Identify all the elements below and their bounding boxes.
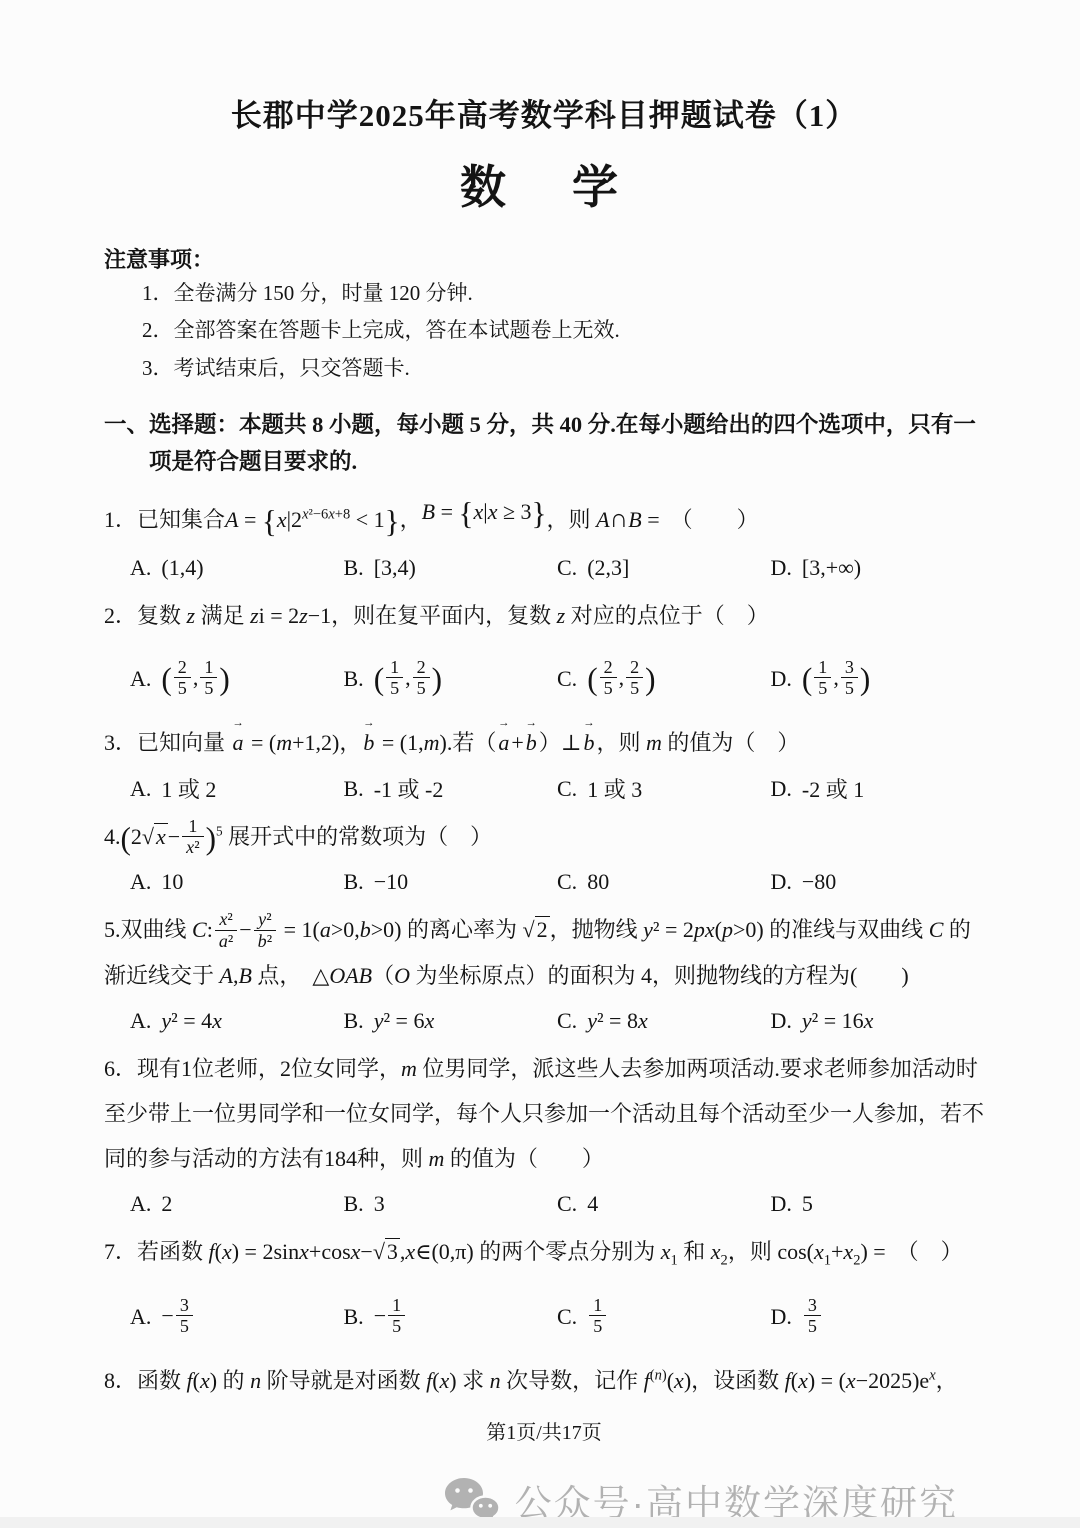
question-5-option-b: B.y² = 6x	[344, 1008, 558, 1034]
notice-item-2: 2．全部答案在答题卡上完成，答在本试题卷上无效.	[142, 315, 984, 345]
option-content: y² = 8x	[587, 1008, 648, 1034]
watermark: 公众号·高中数学深度研究	[104, 1445, 984, 1527]
option-label: B.	[344, 776, 364, 802]
option-content: 5	[802, 1191, 813, 1217]
question-2-options: A.(25,15) B.(15,25) C.(25,25) D.(15,35)	[104, 648, 984, 710]
option-label: B.	[344, 666, 364, 692]
option-label: D.	[771, 869, 792, 895]
section-heading: 一、选择题：本题共 8 小题，每小题 5 分，共 40 分.在每小题给出的四个选…	[104, 407, 984, 480]
notice-heading: 注意事项：	[104, 243, 984, 274]
option-label: A.	[130, 666, 151, 692]
option-content: 10	[161, 869, 183, 895]
option-label: C.	[557, 869, 577, 895]
question-2-option-c: C.(25,25)	[557, 659, 771, 700]
question-2-option-b: B.(15,25)	[344, 659, 558, 700]
question-4-stem: 4.(2√x−1x²)5 展开式中的常数项为（ ）	[104, 814, 984, 860]
question-1: 1．已知集合A = {x|2x²−6x+8 < 1}，B = {x|x ≥ 3}…	[104, 492, 984, 585]
option-content: (15,25)	[374, 659, 442, 700]
question-3-options: A.1 或 2 B.-1 或 -2 C.1 或 3 D.-2 或 1	[104, 772, 984, 806]
question-6-option-d: D.5	[771, 1191, 985, 1217]
option-content: [3,4)	[374, 555, 416, 581]
subject-title: 数 学	[104, 151, 984, 217]
question-6: 6．现有1位老师，2位女同学，m 位男同学，派这些人去参加两项活动.要求老师参加…	[104, 1046, 984, 1221]
option-content: 15	[587, 1297, 608, 1338]
option-content: (25,15)	[161, 659, 229, 700]
page-bottom-edge	[0, 1517, 1080, 1528]
question-7-stem: 7．若函数 f(x) = 2sinx+cosx−√3,x∈(0,π) 的两个零点…	[104, 1229, 984, 1276]
option-label: B.	[344, 1191, 364, 1217]
option-label: A.	[130, 1008, 151, 1034]
question-7-option-d: D.35	[771, 1297, 985, 1338]
option-content: (2,3]	[587, 555, 629, 581]
option-content: 1 或 3	[587, 773, 642, 804]
question-3-option-c: C.1 或 3	[557, 773, 771, 804]
option-content: −10	[374, 869, 408, 895]
question-6-option-a: A.2	[130, 1191, 344, 1217]
option-content: (1,4)	[161, 555, 203, 581]
question-8-stem: 8．函数 f(x) 的 n 阶导就是对函数 f(x) 求 n 次导数，记作 f(…	[104, 1358, 984, 1403]
notices-block: 注意事项： 1．全卷满分 150 分，时量 120 分钟. 2．全部答案在答题卡…	[104, 243, 984, 383]
option-label: C.	[557, 1304, 577, 1330]
option-content: 80	[587, 869, 609, 895]
question-5: 5.双曲线 C:x²a²−y²b² = 1(a>0,b>0) 的离心率为 √2，…	[104, 907, 984, 1038]
question-5-options: A.y² = 4x B.y² = 6x C.y² = 8x D.y² = 16x	[104, 1004, 984, 1038]
question-7-options: A.−35 B.−15 C.15 D.35	[104, 1286, 984, 1348]
option-label: B.	[344, 1008, 364, 1034]
option-content: y² = 6x	[374, 1008, 435, 1034]
question-7-option-a: A.−35	[130, 1297, 344, 1338]
option-content: [3,+∞)	[802, 555, 861, 581]
page-footer: 第1页/共17页	[104, 1416, 984, 1445]
question-1-option-d: D.[3,+∞)	[771, 555, 985, 581]
question-1-stem: 1．已知集合A = {x|2x²−6x+8 < 1}，B = {x|x ≥ 3}…	[104, 492, 984, 545]
question-6-option-c: C.4	[557, 1191, 771, 1217]
option-label: A.	[130, 869, 151, 895]
question-4-option-b: B.−10	[344, 869, 558, 895]
option-label: C.	[557, 1008, 577, 1034]
question-7-option-b: B.−15	[344, 1297, 558, 1338]
question-6-options: A.2 B.3 C.4 D.5	[104, 1187, 984, 1221]
question-4-option-a: A.10	[130, 869, 344, 895]
question-6-option-b: B.3	[344, 1191, 558, 1217]
question-5-option-c: C.y² = 8x	[557, 1008, 771, 1034]
option-content: (15,35)	[802, 659, 870, 700]
question-1-option-a: A.(1,4)	[130, 555, 344, 581]
notice-item-1: 1．全卷满分 150 分，时量 120 分钟.	[142, 278, 984, 308]
exam-page: 长郡中学2025年高考数学科目押题试卷（1） 数 学 注意事项： 1．全卷满分 …	[0, 0, 1080, 1528]
notice-item-3: 3．考试结束后，只交答题卡.	[142, 353, 984, 383]
question-5-option-a: A.y² = 4x	[130, 1008, 344, 1034]
question-7: 7．若函数 f(x) = 2sinx+cosx−√3,x∈(0,π) 的两个零点…	[104, 1229, 984, 1348]
option-content: y² = 4x	[161, 1008, 222, 1034]
question-5-option-d: D.y² = 16x	[771, 1008, 985, 1034]
question-2: 2．复数 z 满足 zi = 2z−1，则在复平面内，复数 z 对应的点位于（ …	[104, 593, 984, 710]
question-3-option-a: A.1 或 2	[130, 773, 344, 804]
option-content: 2	[161, 1191, 172, 1217]
option-content: y² = 16x	[802, 1008, 874, 1034]
option-label: A.	[130, 555, 151, 581]
option-label: C.	[557, 1191, 577, 1217]
option-content: 1 或 2	[161, 773, 216, 804]
option-content: −35	[161, 1297, 194, 1338]
question-2-stem: 2．复数 z 满足 zi = 2z−1，则在复平面内，复数 z 对应的点位于（ …	[104, 593, 984, 638]
question-1-options: A.(1,4) B.[3,4) C.(2,3] D.[3,+∞)	[104, 551, 984, 585]
option-label: D.	[771, 666, 792, 692]
option-label: C.	[557, 555, 577, 581]
question-3: 3．已知向量 a = (m+1,2)，b = (1,m).若（a+b）⊥b，则 …	[104, 720, 984, 805]
question-4: 4.(2√x−1x²)5 展开式中的常数项为（ ） A.10 B.−10 C.8…	[104, 814, 984, 900]
option-content: −15	[374, 1297, 407, 1338]
option-content: 35	[802, 1297, 823, 1338]
option-content: -1 或 -2	[374, 773, 444, 804]
option-label: D.	[771, 1191, 792, 1217]
option-content: (25,25)	[587, 659, 655, 700]
question-4-options: A.10 B.−10 C.80 D.−80	[104, 865, 984, 899]
question-3-stem: 3．已知向量 a = (m+1,2)，b = (1,m).若（a+b）⊥b，则 …	[104, 720, 984, 765]
question-4-option-d: D.−80	[771, 869, 985, 895]
option-label: C.	[557, 776, 577, 802]
question-1-option-b: B.[3,4)	[344, 555, 558, 581]
option-label: D.	[771, 776, 792, 802]
question-2-option-d: D.(15,35)	[771, 659, 985, 700]
option-label: A.	[130, 776, 151, 802]
option-label: D.	[771, 555, 792, 581]
option-content: −80	[802, 869, 836, 895]
question-7-option-c: C.15	[557, 1297, 771, 1338]
option-label: B.	[344, 1304, 364, 1330]
option-label: B.	[344, 869, 364, 895]
question-5-stem: 5.双曲线 C:x²a²−y²b² = 1(a>0,b>0) 的离心率为 √2，…	[104, 907, 984, 998]
option-label: B.	[344, 555, 364, 581]
option-label: C.	[557, 666, 577, 692]
option-label: D.	[771, 1008, 792, 1034]
option-label: A.	[130, 1304, 151, 1330]
question-2-option-a: A.(25,15)	[130, 659, 344, 700]
question-8: 8．函数 f(x) 的 n 阶导就是对函数 f(x) 求 n 次导数，记作 f(…	[104, 1358, 984, 1403]
option-content: -2 或 1	[802, 773, 864, 804]
question-3-option-b: B.-1 或 -2	[344, 773, 558, 804]
option-label: A.	[130, 1191, 151, 1217]
question-1-option-c: C.(2,3]	[557, 555, 771, 581]
page-title: 长郡中学2025年高考数学科目押题试卷（1）	[104, 90, 984, 135]
question-3-option-d: D.-2 或 1	[771, 773, 985, 804]
option-content: 3	[374, 1191, 385, 1217]
question-6-stem: 6．现有1位老师，2位女同学，m 位男同学，派这些人去参加两项活动.要求老师参加…	[104, 1046, 984, 1181]
option-content: 4	[587, 1191, 598, 1217]
option-label: D.	[771, 1304, 792, 1330]
question-4-option-c: C.80	[557, 869, 771, 895]
